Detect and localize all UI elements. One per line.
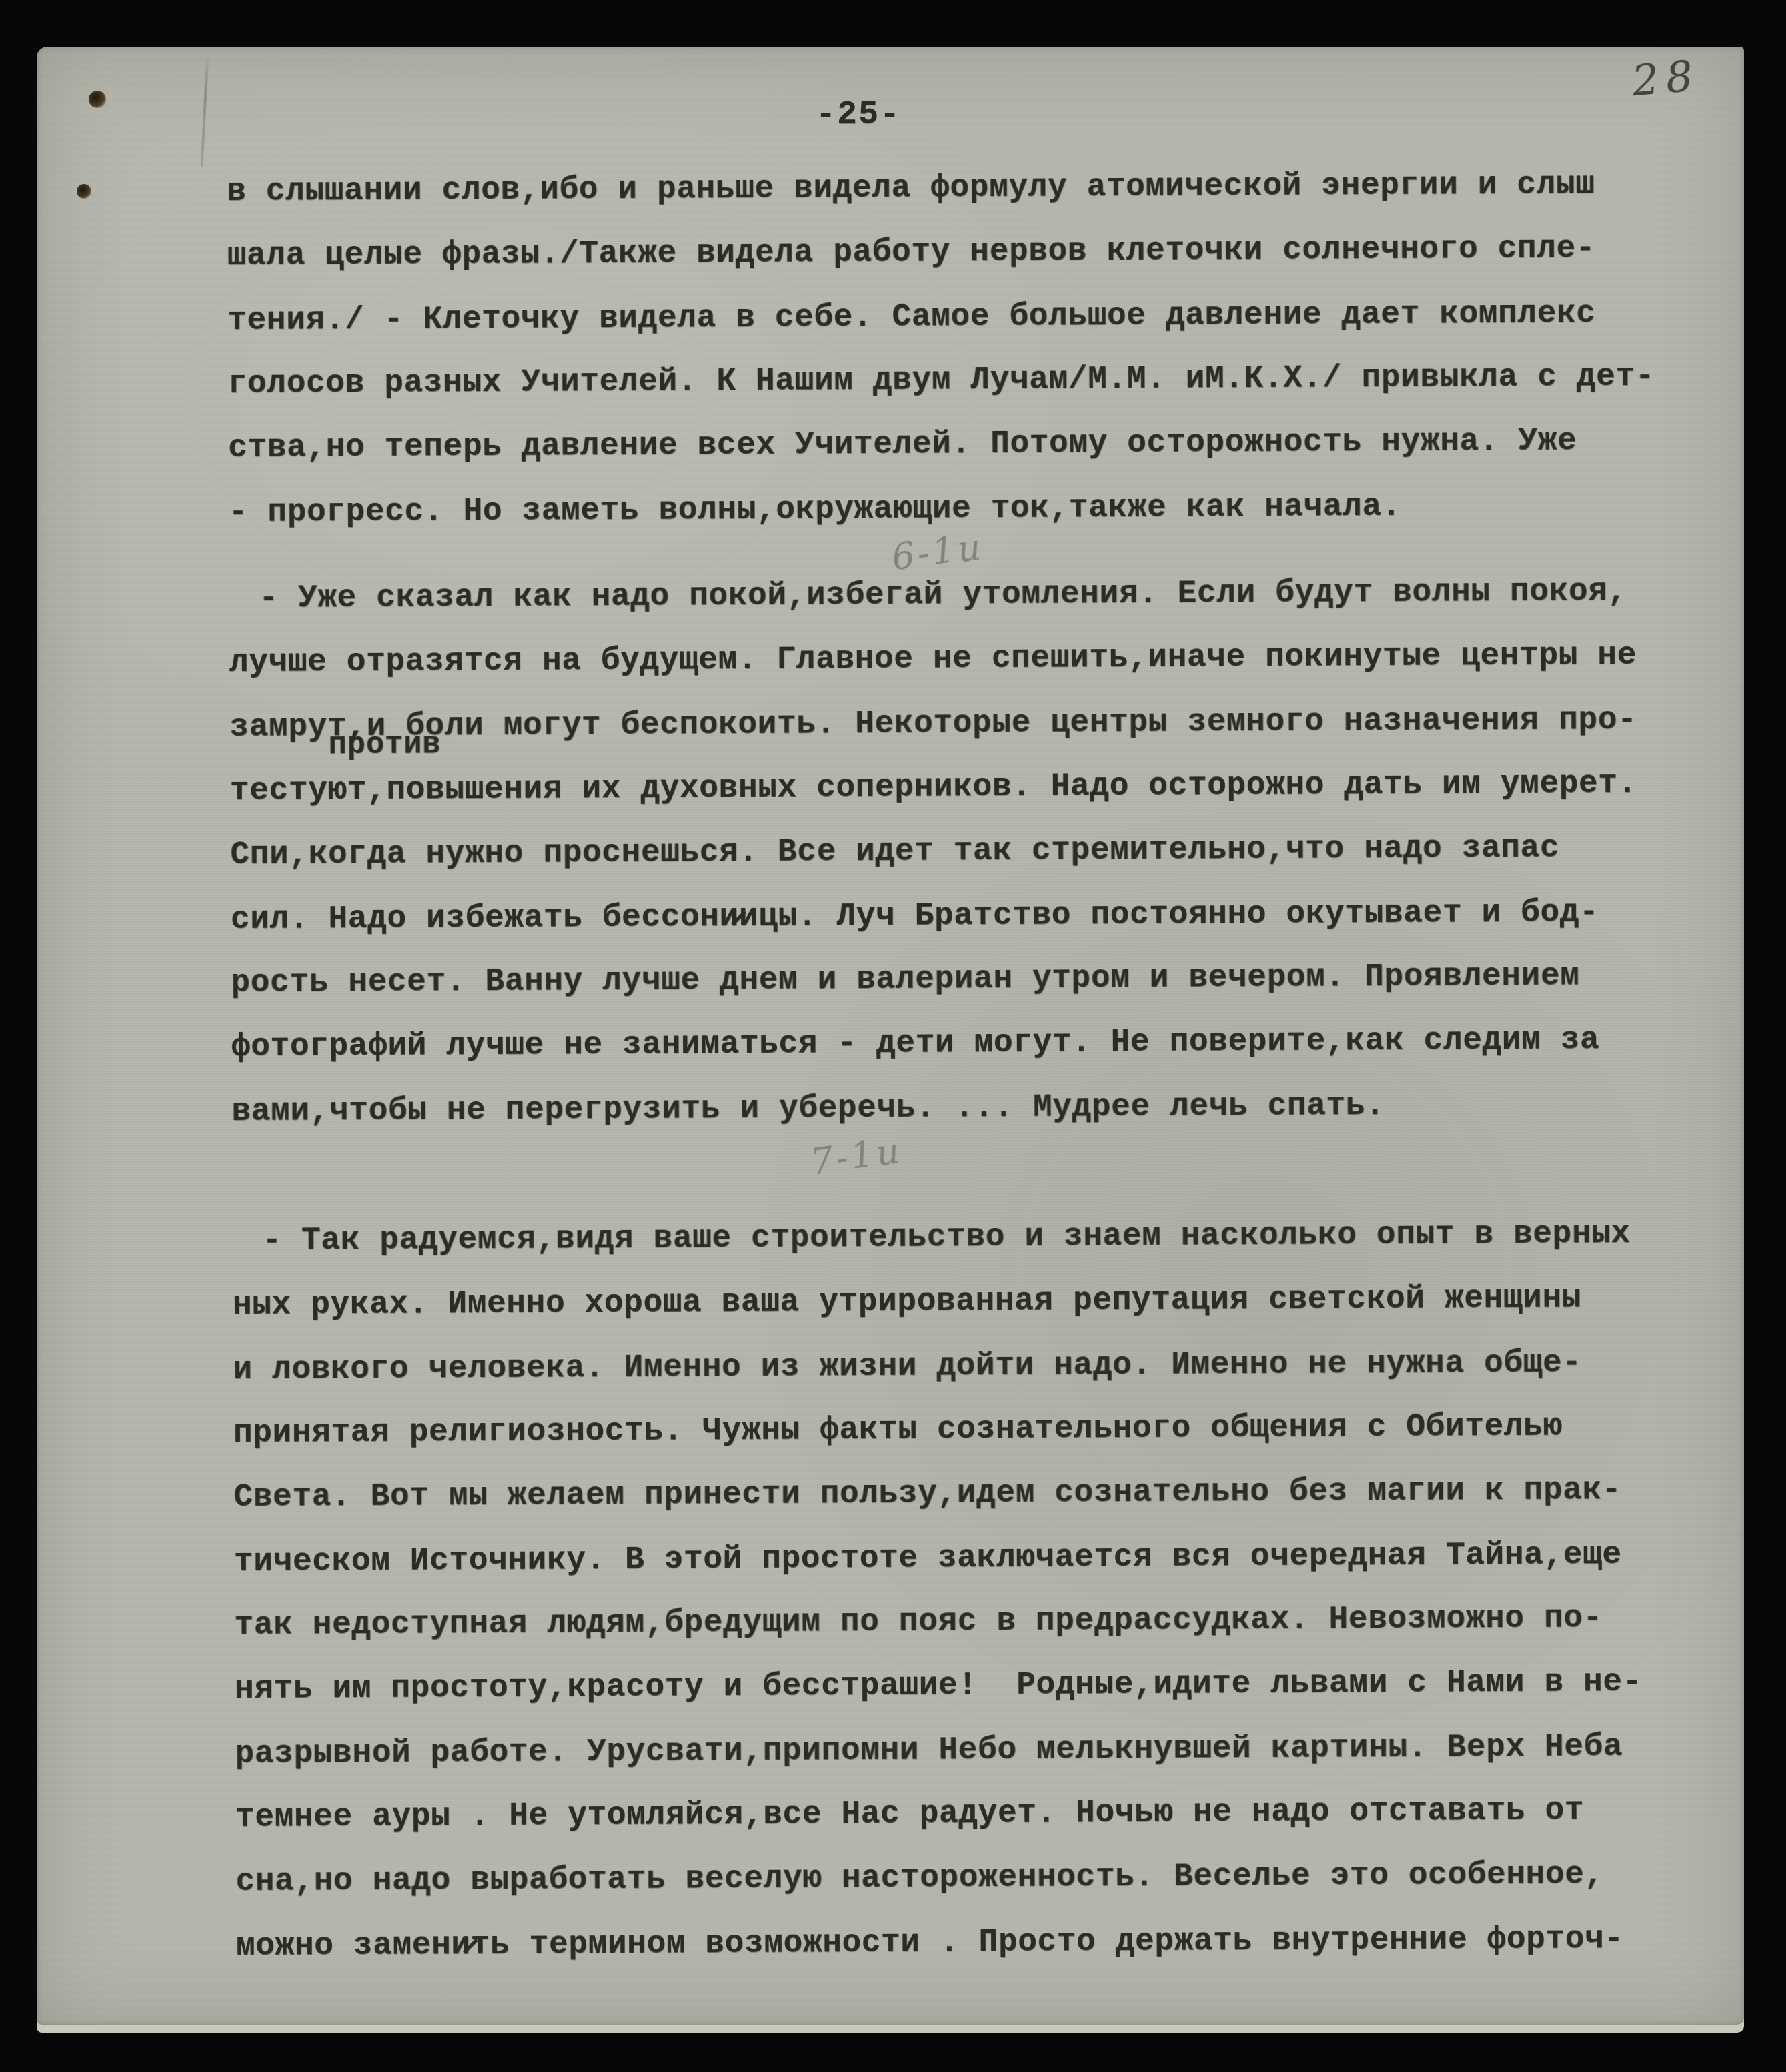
typed-line: - Так радуемся,видя ваше строительство и…: [232, 1201, 1713, 1273]
paper-hole: [77, 184, 91, 199]
typed-line: тения./ - Клеточку видела в себе. Самое …: [227, 281, 1708, 353]
typed-line: темнее ауры . Не утомляйся,все Нас радуе…: [235, 1778, 1716, 1850]
typed-line: голосов разных Учителей. К Нашим двум Лу…: [228, 344, 1709, 416]
handwritten-folio-number: 28: [1630, 52, 1702, 107]
typed-line: ства,но теперь давление всех Учителей. П…: [228, 408, 1709, 480]
typed-line: нять им простоту,красоту и бесстрашие! Р…: [235, 1650, 1715, 1722]
document-page: -25- 28 6-1и 7-1и в слышании слов,ибо и …: [37, 47, 1744, 2025]
typed-line: лучше отразятся на будущем. Главное не с…: [229, 623, 1710, 695]
typed-line: ных руках. Именно хороша ваша утрированн…: [233, 1265, 1713, 1338]
typed-line: вами,чтобы не перегрузить и уберечь. ...…: [231, 1072, 1712, 1144]
typed-line: Света. Вот мы желаем принести пользу,иде…: [233, 1458, 1714, 1530]
paragraph: в слышании слов,ибо и раньше видела форм…: [227, 152, 1709, 544]
page-number: -25-: [816, 96, 901, 134]
typed-line: принятая религиозность. Чужны факты созн…: [233, 1394, 1714, 1466]
typed-line: рость несет. Ванну лучше днем и валериан…: [231, 943, 1711, 1015]
typed-line: сна,но надо выработать веселую настороже…: [235, 1842, 1716, 1914]
pencil-stroke-mark: [201, 55, 209, 167]
paragraph: - Уже сказал как надо покой,избегай утом…: [229, 559, 1712, 1143]
typed-line: разрывной работе. Урусвати,припомни Небо…: [235, 1714, 1715, 1786]
typed-line: замрут,и боли могут беспокоить. Некоторы…: [229, 688, 1710, 760]
interlinear-insertion: против: [328, 727, 441, 762]
paper-hole: [89, 91, 106, 108]
typed-line: - прогресс. Но заметь волны,окружающие т…: [229, 473, 1709, 545]
typed-line: так недоступная людям,бредущим по пояс в…: [234, 1586, 1715, 1658]
typed-line: тическом Источнику. В этой простоте закл…: [234, 1522, 1715, 1594]
typed-line: - Уже сказал как надо покой,избегай утом…: [229, 559, 1709, 631]
typed-line: можно замени̷ть термином возможности . П…: [236, 1907, 1717, 1979]
typed-line: сил. Надо избежать бессони̷ицы. Луч Брат…: [231, 880, 1711, 952]
paragraph: - Так радуемся,видя ваше строительство и…: [232, 1201, 1717, 1978]
typed-line: фотографий лучше не заниматься - дети мо…: [231, 1007, 1712, 1079]
typed-line: в слышании слов,ибо и раньше видела форм…: [227, 152, 1707, 224]
scanned-page-background: -25- 28 6-1и 7-1и в слышании слов,ибо и …: [0, 0, 1786, 2072]
typed-line: и ловкого человека. Именно из жизни дойт…: [233, 1330, 1713, 1402]
typed-line: Спи,когда нужно проснешься. Все идет так…: [230, 815, 1711, 887]
typed-line: противтестуют,повышения их духовных сопе…: [230, 751, 1711, 823]
typed-line: шала целые фразы./Также видела работу не…: [227, 216, 1708, 288]
typed-text-block: в слышании слов,ибо и раньше видела форм…: [227, 152, 1717, 1978]
